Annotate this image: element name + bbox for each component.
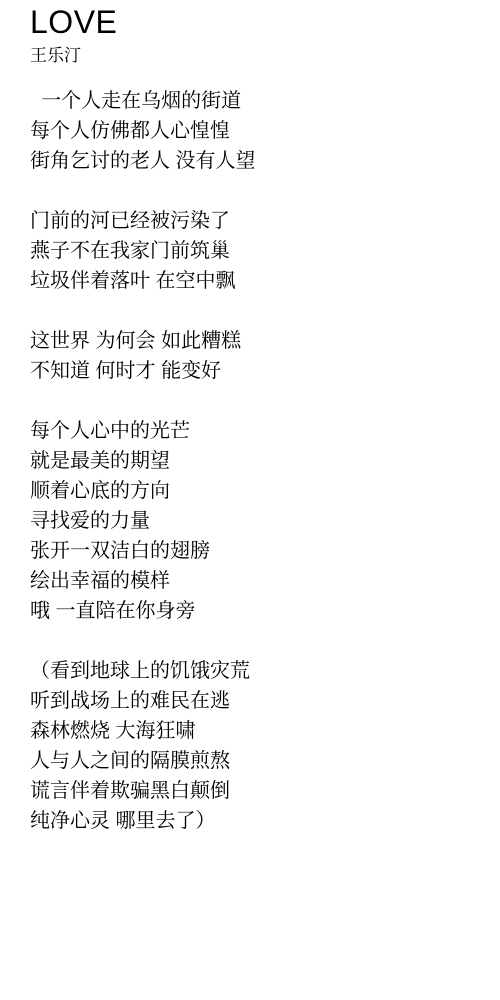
artist-name: 王乐汀 bbox=[30, 43, 480, 69]
lyric-line: 这世界 为何会 如此糟糕 bbox=[30, 326, 480, 356]
lyric-line: 每个人心中的光芒 bbox=[30, 416, 480, 446]
lyric-line: 一个人走在乌烟的街道 bbox=[30, 86, 480, 116]
lyric-line: 垃圾伴着落叶 在空中飘 bbox=[30, 266, 480, 296]
lyrics-body: 一个人走在乌烟的街道 每个人仿佛都人心惶惶 街角乞讨的老人 没有人望 门前的河已… bbox=[30, 86, 480, 836]
stanza-1: 一个人走在乌烟的街道 每个人仿佛都人心惶惶 街角乞讨的老人 没有人望 bbox=[30, 86, 480, 176]
lyric-line: 每个人仿佛都人心惶惶 bbox=[30, 116, 480, 146]
lyric-line: 人与人之间的隔膜煎熬 bbox=[30, 746, 480, 776]
lyrics-page: LOVE 王乐汀 一个人走在乌烟的街道 每个人仿佛都人心惶惶 街角乞讨的老人 没… bbox=[0, 0, 500, 1000]
stanza-2: 门前的河已经被污染了 燕子不在我家门前筑巢 垃圾伴着落叶 在空中飘 bbox=[30, 206, 480, 296]
lyric-line: 寻找爱的力量 bbox=[30, 506, 480, 536]
lyric-line: 燕子不在我家门前筑巢 bbox=[30, 236, 480, 266]
stanza-3: 这世界 为何会 如此糟糕 不知道 何时才 能变好 bbox=[30, 326, 480, 386]
lyric-line: 顺着心底的方向 bbox=[30, 476, 480, 506]
lyric-line: 门前的河已经被污染了 bbox=[30, 206, 480, 236]
song-title: LOVE bbox=[30, 2, 480, 42]
lyric-line: 谎言伴着欺骗黑白颠倒 bbox=[30, 776, 480, 806]
lyric-line: 森林燃烧 大海狂啸 bbox=[30, 716, 480, 746]
lyric-line: 街角乞讨的老人 没有人望 bbox=[30, 146, 480, 176]
lyric-line: 哦 一直陪在你身旁 bbox=[30, 596, 480, 626]
lyric-line: 听到战场上的难民在逃 bbox=[30, 686, 480, 716]
lyric-line: 就是最美的期望 bbox=[30, 446, 480, 476]
stanza-5: （看到地球上的饥饿灾荒 听到战场上的难民在逃 森林燃烧 大海狂啸 人与人之间的隔… bbox=[30, 656, 480, 836]
stanza-4: 每个人心中的光芒 就是最美的期望 顺着心底的方向 寻找爱的力量 张开一双洁白的翅… bbox=[30, 416, 480, 626]
lyric-line: 不知道 何时才 能变好 bbox=[30, 356, 480, 386]
lyric-line: 绘出幸福的模样 bbox=[30, 566, 480, 596]
lyric-line: 张开一双洁白的翅膀 bbox=[30, 536, 480, 566]
lyric-line: （看到地球上的饥饿灾荒 bbox=[30, 656, 480, 686]
lyric-line: 纯净心灵 哪里去了） bbox=[30, 806, 480, 836]
